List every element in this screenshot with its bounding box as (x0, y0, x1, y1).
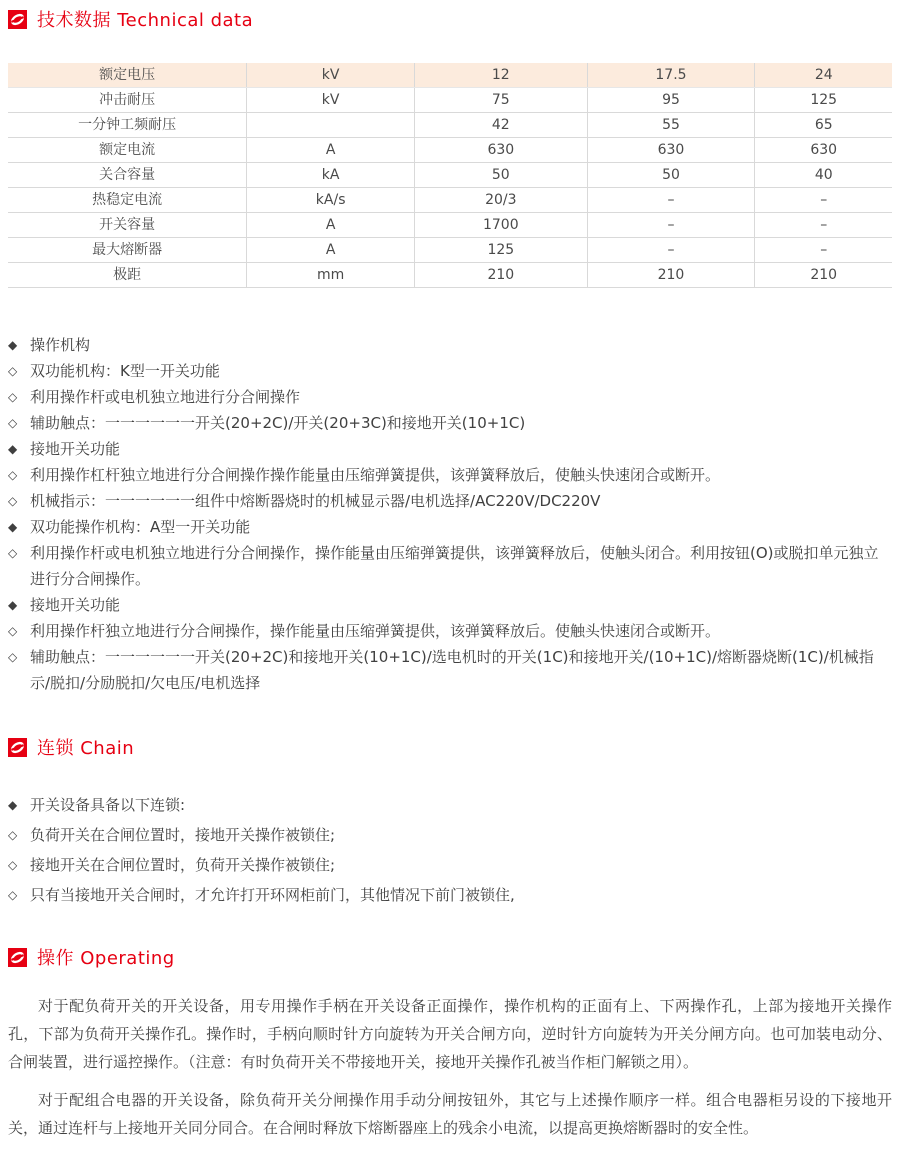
list-item-text: 辅助触点：一一一一一一开关(20+2C)和接地开关(10+1C)/选电机时的开关… (30, 644, 892, 696)
diamond-bullet-icon: ◇ (8, 462, 30, 488)
table-cell-unit: kA (247, 163, 415, 188)
list-item: ◆ 双功能操作机构：A型一开关功能 (8, 514, 892, 540)
table-cell-unit (247, 113, 415, 138)
table-cell-value: 24 (755, 63, 892, 88)
table-header-row: 额定电压 kV 12 17.5 24 (8, 63, 892, 88)
list-item-text: 利用操作杆或电机独立地进行分合闸操作，操作能量由压缩弹簧提供，该弹簧释放后，使触… (30, 540, 892, 592)
section-title-chain: 连锁 Chain (37, 734, 134, 760)
list-item-text: 只有当接地开关合闸时，才允许打开环网柜前门，其他情况下前门被锁住, (30, 880, 892, 910)
table-cell-value: – (587, 213, 755, 238)
table-cell-unit: A (247, 138, 415, 163)
table-cell-param: 关合容量 (8, 163, 247, 188)
table-cell-value: – (755, 213, 892, 238)
diamond-bullet-icon: ◇ (8, 540, 30, 566)
table-cell-value: 210 (755, 263, 892, 288)
table-row: 极距 mm 210 210 210 (8, 263, 892, 288)
table-cell-value: 210 (415, 263, 587, 288)
table-cell-unit: mm (247, 263, 415, 288)
technical-data-table: 额定电压 kV 12 17.5 24 冲击耐压 kV 75 95 125 一分钟… (8, 63, 892, 288)
diamond-bullet-icon: ◆ (8, 332, 30, 358)
table-cell-value: 65 (755, 113, 892, 138)
brand-swoosh-icon (8, 738, 27, 757)
list-item-text: 操作机构 (30, 332, 892, 358)
operating-paragraph-1: 对于配负荷开关的开关设备，用专用操作手柄在开关设备正面操作，操作机构的正面有上、… (8, 992, 892, 1076)
table-cell-value: 125 (755, 88, 892, 113)
list-item: ◇ 利用操作杠杆独立地进行分合闸操作操作能量由压缩弹簧提供，该弹簧释放后，使触头… (8, 462, 892, 488)
list-item: ◇ 辅助触点：一一一一一一开关(20+2C)/开关(20+3C)和接地开关(10… (8, 410, 892, 436)
list-item: ◇ 辅助触点：一一一一一一开关(20+2C)和接地开关(10+1C)/选电机时的… (8, 644, 892, 696)
list-item: ◇ 机械指示：一一一一一一组件中熔断器烧时的机械显示器/电机选择/AC220V/… (8, 488, 892, 514)
mechanism-bullet-list: ◆ 操作机构 ◇ 双功能机构：K型一开关功能 ◇ 利用操作杆或电机独立地进行分合… (8, 332, 892, 696)
chain-bullet-list: ◆ 开关设备具备以下连锁: ◇ 负荷开关在合闸位置时，接地开关操作被锁住; ◇ … (8, 790, 892, 910)
table-row: 一分钟工频耐压 42 55 65 (8, 113, 892, 138)
table-cell-param: 额定电流 (8, 138, 247, 163)
datasheet-page: 技术数据 Technical data 额定电压 kV 12 17.5 24 冲… (0, 0, 900, 1162)
list-item-text: 利用操作杆独立地进行分合闸操作，操作能量由压缩弹簧提供，该弹簧释放后。使触头快速… (30, 618, 892, 644)
diamond-bullet-icon: ◇ (8, 618, 30, 644)
brand-swoosh-icon (8, 10, 27, 29)
brand-swoosh-icon (8, 948, 27, 967)
table-cell-value: 75 (415, 88, 587, 113)
table-cell-value: 12 (415, 63, 587, 88)
section-header-operating: 操作 Operating (8, 944, 892, 970)
list-item-text: 负荷开关在合闸位置时，接地开关操作被锁住; (30, 820, 892, 850)
list-item-text: 机械指示：一一一一一一组件中熔断器烧时的机械显示器/电机选择/AC220V/DC… (30, 488, 892, 514)
table-cell-value: 50 (587, 163, 755, 188)
table-row: 开关容量 A 1700 – – (8, 213, 892, 238)
diamond-bullet-icon: ◆ (8, 790, 30, 820)
table-row: 冲击耐压 kV 75 95 125 (8, 88, 892, 113)
list-item-text: 接地开关功能 (30, 436, 892, 462)
diamond-bullet-icon: ◇ (8, 410, 30, 436)
table-cell-param: 一分钟工频耐压 (8, 113, 247, 138)
diamond-bullet-icon: ◆ (8, 514, 30, 540)
diamond-bullet-icon: ◇ (8, 850, 30, 880)
list-item: ◇ 只有当接地开关合闸时，才允许打开环网柜前门，其他情况下前门被锁住, (8, 880, 892, 910)
table-cell-value: – (755, 188, 892, 213)
section-title-operating: 操作 Operating (37, 944, 175, 970)
table-cell-value: 95 (587, 88, 755, 113)
list-item: ◆ 操作机构 (8, 332, 892, 358)
diamond-bullet-icon: ◇ (8, 488, 30, 514)
operating-paragraph-2: 对于配组合电器的开关设备，除负荷开关分闸操作用手动分闸按钮外，其它与上述操作顺序… (8, 1086, 892, 1142)
list-item-text: 双功能机构：K型一开关功能 (30, 358, 892, 384)
list-item: ◇ 双功能机构：K型一开关功能 (8, 358, 892, 384)
table-cell-unit: kV (247, 63, 415, 88)
list-item: ◇ 接地开关在合闸位置时，负荷开关操作被锁住; (8, 850, 892, 880)
list-item: ◇ 负荷开关在合闸位置时，接地开关操作被锁住; (8, 820, 892, 850)
diamond-bullet-icon: ◇ (8, 820, 30, 850)
diamond-bullet-icon: ◇ (8, 644, 30, 670)
table-cell-value: 210 (587, 263, 755, 288)
list-item-text: 辅助触点：一一一一一一开关(20+2C)/开关(20+3C)和接地开关(10+1… (30, 410, 892, 436)
list-item: ◇ 利用操作杆或电机独立地进行分合闸操作，操作能量由压缩弹簧提供，该弹簧释放后，… (8, 540, 892, 592)
table-cell-unit: A (247, 238, 415, 263)
list-item: ◆ 开关设备具备以下连锁: (8, 790, 892, 820)
table-cell-unit: kV (247, 88, 415, 113)
diamond-bullet-icon: ◆ (8, 592, 30, 618)
table-cell-value: 1700 (415, 213, 587, 238)
table-cell-value: 42 (415, 113, 587, 138)
list-item-text: 利用操作杆或电机独立地进行分合闸操作 (30, 384, 892, 410)
table-row: 热稳定电流 kA/s 20/3 – – (8, 188, 892, 213)
diamond-bullet-icon: ◆ (8, 436, 30, 462)
table-cell-value: – (587, 238, 755, 263)
table-row: 关合容量 kA 50 50 40 (8, 163, 892, 188)
section-header-chain: 连锁 Chain (8, 734, 892, 760)
table-cell-unit: kA/s (247, 188, 415, 213)
table-cell-param: 极距 (8, 263, 247, 288)
table-cell-value: – (755, 238, 892, 263)
list-item: ◆ 接地开关功能 (8, 436, 892, 462)
list-item: ◆ 接地开关功能 (8, 592, 892, 618)
table-row: 额定电流 A 630 630 630 (8, 138, 892, 163)
operating-paragraphs: 对于配负荷开关的开关设备，用专用操作手柄在开关设备正面操作，操作机构的正面有上、… (8, 992, 892, 1142)
table-cell-value: – (587, 188, 755, 213)
list-item-text: 利用操作杠杆独立地进行分合闸操作操作能量由压缩弹簧提供，该弹簧释放后，使触头快速… (30, 462, 892, 488)
table-cell-param: 冲击耐压 (8, 88, 247, 113)
table-cell-value: 50 (415, 163, 587, 188)
list-item-text: 开关设备具备以下连锁: (30, 790, 892, 820)
table-cell-value: 20/3 (415, 188, 587, 213)
table-cell-param: 开关容量 (8, 213, 247, 238)
table-cell-value: 630 (755, 138, 892, 163)
table-cell-value: 125 (415, 238, 587, 263)
table-cell-value: 40 (755, 163, 892, 188)
list-item-text: 接地开关功能 (30, 592, 892, 618)
table-cell-value: 630 (587, 138, 755, 163)
table-cell-value: 17.5 (587, 63, 755, 88)
list-item: ◇ 利用操作杆或电机独立地进行分合闸操作 (8, 384, 892, 410)
list-item-text: 接地开关在合闸位置时，负荷开关操作被锁住; (30, 850, 892, 880)
section-title-technical: 技术数据 Technical data (37, 6, 253, 32)
diamond-bullet-icon: ◇ (8, 358, 30, 384)
table-cell-unit: A (247, 213, 415, 238)
diamond-bullet-icon: ◇ (8, 384, 30, 410)
diamond-bullet-icon: ◇ (8, 880, 30, 910)
table-cell-param: 额定电压 (8, 63, 247, 88)
list-item-text: 双功能操作机构：A型一开关功能 (30, 514, 892, 540)
list-item: ◇ 利用操作杆独立地进行分合闸操作，操作能量由压缩弹簧提供，该弹簧释放后。使触头… (8, 618, 892, 644)
table-cell-value: 55 (587, 113, 755, 138)
table-cell-value: 630 (415, 138, 587, 163)
table-cell-param: 热稳定电流 (8, 188, 247, 213)
table-cell-param: 最大熔断器 (8, 238, 247, 263)
section-header-technical: 技术数据 Technical data (8, 6, 892, 32)
table-row: 最大熔断器 A 125 – – (8, 238, 892, 263)
